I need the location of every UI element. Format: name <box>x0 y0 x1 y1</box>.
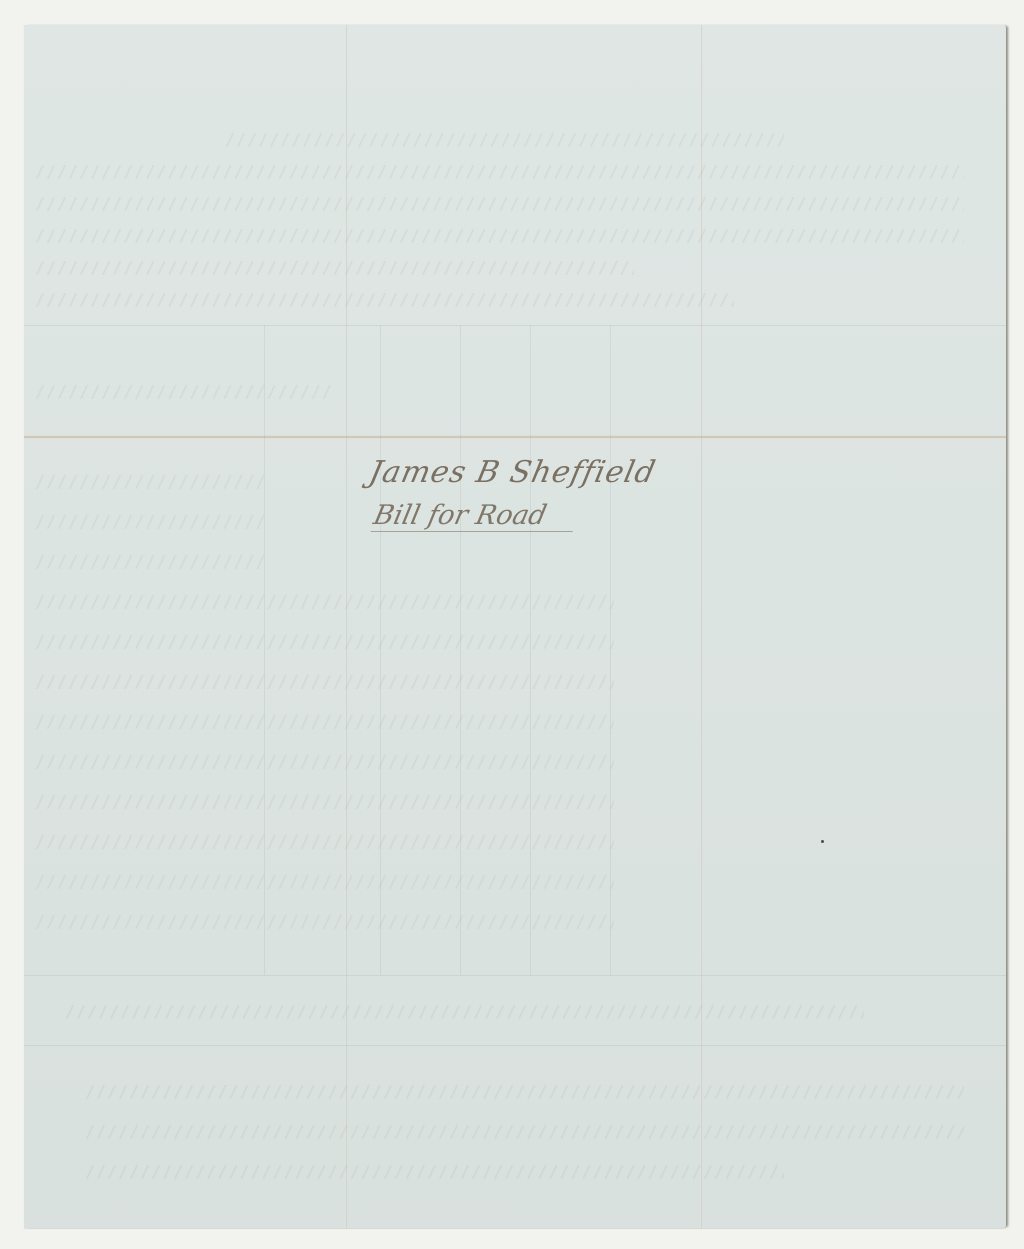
docket-inscription: James B Sheffield Bill for Road <box>366 455 652 532</box>
bleed-through-text <box>34 875 614 889</box>
scanned-document: James B Sheffield Bill for Road <box>0 0 1024 1249</box>
bleed-through-text <box>34 165 964 179</box>
ruled-line <box>24 975 1006 976</box>
bleed-through-text <box>34 835 614 849</box>
bleed-through-text <box>34 595 614 609</box>
bleed-through-text <box>34 261 634 275</box>
bleed-through-text <box>34 555 264 569</box>
bleed-through-text <box>34 635 614 649</box>
bleed-through-text <box>34 715 614 729</box>
bleed-through-text <box>84 1085 964 1099</box>
bleed-through-text <box>34 515 264 529</box>
docket-subject: Bill for Road <box>371 500 580 532</box>
bleed-through-text <box>34 229 964 243</box>
bleed-through-text <box>34 915 614 929</box>
paper-sheet <box>24 25 1006 1228</box>
bleed-through-text <box>34 475 264 489</box>
ruled-line <box>24 1045 1006 1046</box>
bleed-through-text <box>34 385 334 399</box>
bleed-through-text <box>34 197 964 211</box>
bleed-through-text <box>34 755 614 769</box>
bleed-through-text <box>34 293 734 307</box>
bleed-through-text <box>224 133 784 147</box>
bleed-through-text <box>84 1165 784 1179</box>
bleed-through-text <box>84 1125 964 1139</box>
docket-name: James B Sheffield <box>366 455 659 490</box>
bleed-through-text <box>34 675 614 689</box>
bleed-through-text <box>64 1005 864 1019</box>
horizontal-fold <box>24 435 1006 439</box>
ink-spot <box>821 840 824 843</box>
bleed-through-text <box>34 795 614 809</box>
ruled-line <box>24 325 1006 326</box>
